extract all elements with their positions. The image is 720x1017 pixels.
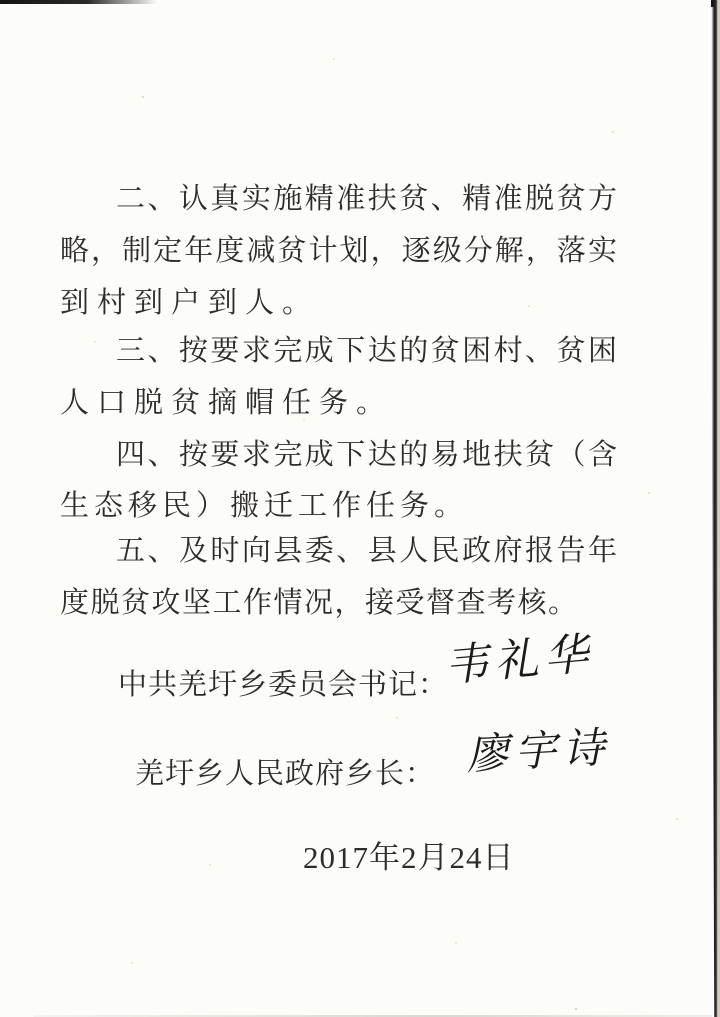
document-date: 2017年2月24日 bbox=[303, 832, 515, 877]
scan-edge-right bbox=[709, 0, 720, 1017]
scan-edge-top bbox=[0, 0, 158, 4]
body-line: 略，制定年度减贫计划，逐级分解，落实 bbox=[60, 233, 617, 270]
body-line: 生态移民）搬迁工作任务。 bbox=[60, 488, 617, 525]
body-line: 四、按要求完成下达的易地扶贫（含 bbox=[60, 437, 617, 474]
scanned-document-page: 二、认真实施精准扶贫、精准脱贫方 略，制定年度减贫计划，逐级分解，落实 到村到户… bbox=[0, 0, 720, 1017]
body-line: 三、按要求完成下达的贫困村、贫困 bbox=[60, 333, 617, 370]
body-line: 二、认真实施精准扶贫、精准脱贫方 bbox=[60, 181, 617, 218]
signature-handwritten-party-secretary: 韦礼华 bbox=[441, 617, 596, 694]
signature-label-township-head: 羌圩乡人民政府乡长： bbox=[135, 751, 435, 792]
body-line: 人口脱贫摘帽任务。 bbox=[60, 385, 617, 422]
signature-handwritten-township-head: 廖宇诗 bbox=[465, 715, 612, 782]
signature-label-party-secretary: 中共羌圩乡委员会书记： bbox=[118, 662, 448, 703]
body-line: 到村到户到人。 bbox=[60, 285, 617, 322]
body-line: 五、及时向县委、县人民政府报告年 bbox=[60, 533, 617, 570]
body-line: 度脱贫攻坚工作情况，接受督查考核。 bbox=[60, 585, 617, 622]
